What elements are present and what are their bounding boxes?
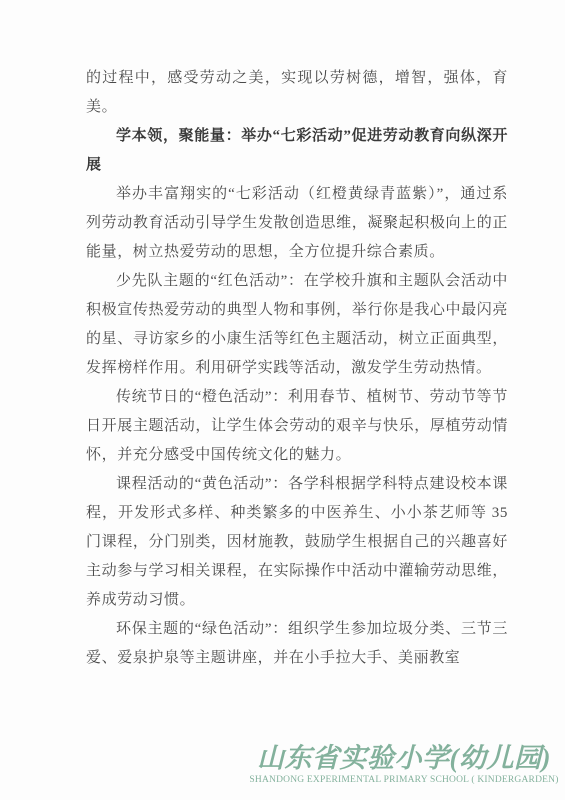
school-logo-chinese: 山东省实验小学(幼儿园) bbox=[249, 741, 559, 775]
school-logo: 山东省实验小学(幼儿园) SHANDONG EXPERIMENTAL PRIMA… bbox=[249, 741, 559, 786]
paragraph-yellow-activity: 课程活动的“黄色活动”：各学科根据学科特点建设校本课程，开发形式多样、种类繁多的… bbox=[86, 470, 508, 615]
section-heading: 学本领，聚能量：举办“七彩活动”促进劳动教育向纵深开展 bbox=[86, 122, 508, 180]
document-page: 的过程中，感受劳动之美，实现以劳树德，增智，强体，育美。 学本领，聚能量：举办“… bbox=[0, 0, 565, 800]
paragraph-overview: 举办丰富翔实的“七彩活动（红橙黄绿青蓝紫）”，通过系列劳动教育活动引导学生发散创… bbox=[86, 180, 508, 267]
paragraph-orange-activity: 传统节日的“橙色活动”：利用春节、植树节、劳动节等节日开展主题活动，让学生体会劳… bbox=[86, 383, 508, 470]
paragraph-green-activity: 环保主题的“绿色活动”：组织学生参加垃圾分类、三节三爱、爱泉护泉等主题讲座，并在… bbox=[86, 615, 508, 673]
paragraph-continuation: 的过程中，感受劳动之美，实现以劳树德，增智，强体，育美。 bbox=[86, 64, 508, 122]
document-body: 的过程中，感受劳动之美，实现以劳树德，增智，强体，育美。 学本领，聚能量：举办“… bbox=[86, 64, 508, 673]
paragraph-red-activity: 少先队主题的“红色活动”：在学校升旗和主题队会活动中积极宣传热爱劳动的典型人物和… bbox=[86, 267, 508, 383]
school-logo-english: SHANDONG EXPERIMENTAL PRIMARY SCHOOL ( K… bbox=[249, 775, 559, 786]
